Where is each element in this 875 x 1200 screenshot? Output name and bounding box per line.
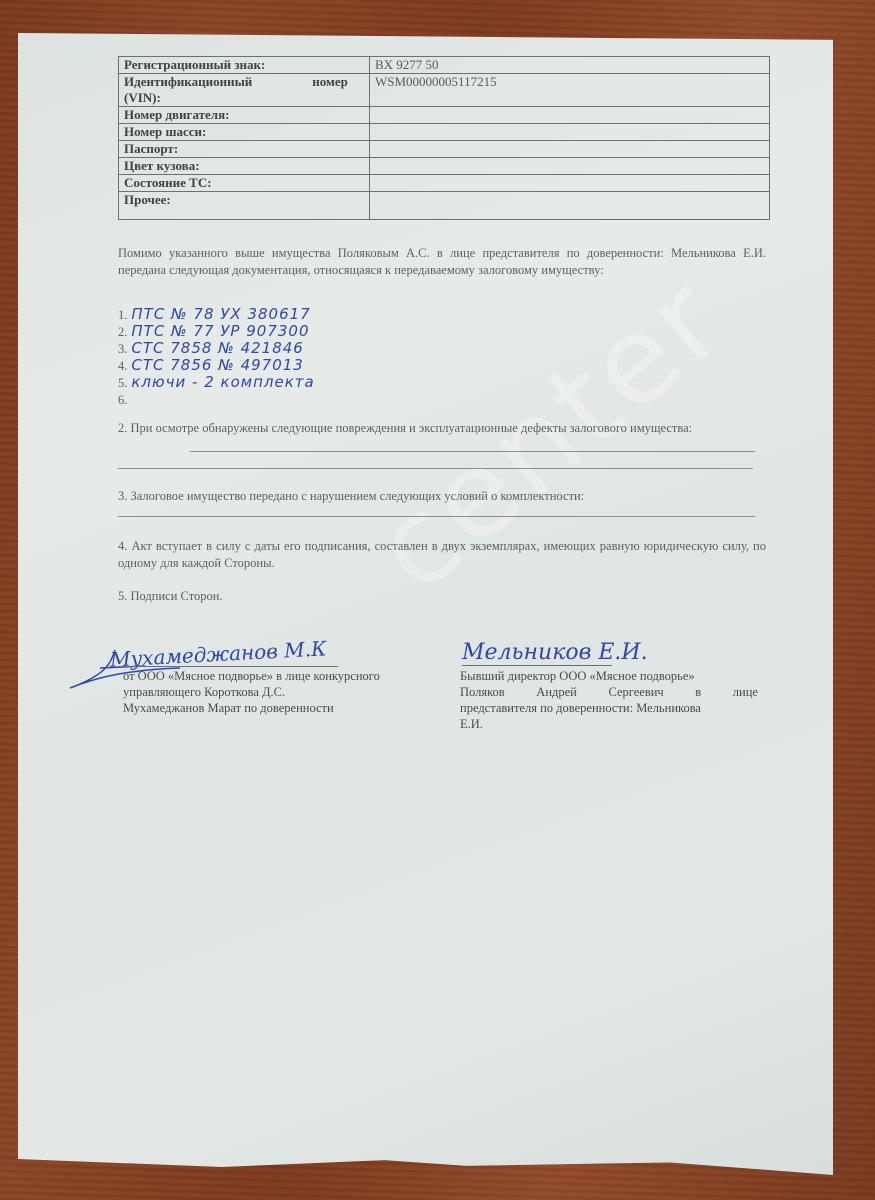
signature-line (118, 666, 338, 667)
signature-right-line3: представителя по доверенности: Мельников… (460, 700, 758, 716)
vin-label-part2: номер (312, 74, 348, 89)
chassis-number-label: Номер шасси: (119, 124, 370, 141)
list-item: 4.СТС 7856 № 497013 (118, 357, 315, 374)
vin-label-part3: (VIN): (124, 90, 161, 105)
handwritten-entry: СТС 7858 № 421846 (131, 339, 303, 357)
signature-line (462, 665, 612, 666)
table-row: Номер двигателя: (119, 107, 770, 124)
table-row: Паспорт: (119, 141, 770, 158)
handwritten-entry: ключи - 2 комплекта (131, 373, 314, 391)
vin-label: Идентификационныйномер (VIN): (119, 74, 370, 107)
signature-left-line2: управляющего Короткова Д.С. (123, 684, 380, 700)
intro-paragraph: Помимо указанного выше имущества Поляков… (118, 245, 766, 279)
list-item: 6. (118, 391, 315, 408)
reg-sign-label: Регистрационный знак: (119, 57, 370, 74)
other-label: Прочее: (119, 192, 370, 220)
list-number: 1. (118, 308, 127, 322)
engine-number-value (370, 107, 770, 124)
fill-line (190, 451, 755, 452)
fill-line (118, 468, 753, 469)
vehicle-condition-value (370, 175, 770, 192)
signature-right-caption: Бывший директор ООО «Мясное подворье» По… (460, 668, 758, 732)
table-row: Прочее: (119, 192, 770, 220)
signature-left-line1: от ООО «Мясное подворье» в лице конкурсн… (123, 668, 380, 684)
vehicle-info-table: Регистрационный знак: BX 9277 50 Идентиф… (118, 56, 770, 220)
other-value (370, 192, 770, 220)
vin-label-part1: Идентификационный (124, 74, 252, 89)
body-color-value (370, 158, 770, 175)
clause-2: 2. При осмотре обнаружены следующие повр… (118, 420, 766, 437)
signature-right-handwritten: Мельников Е.И. (462, 640, 648, 665)
list-number: 3. (118, 342, 127, 356)
list-item: 5.ключи - 2 комплекта (118, 374, 315, 391)
handwritten-entry: ПТС № 77 УР 907300 (131, 322, 309, 340)
list-item: 1.ПТС № 78 УХ 380617 (118, 306, 315, 323)
fill-line (118, 516, 755, 517)
table-row: Номер шасси: (119, 124, 770, 141)
chassis-number-value (370, 124, 770, 141)
passport-label: Паспорт: (119, 141, 370, 158)
signature-right-line1: Бывший директор ООО «Мясное подворье» (460, 668, 758, 684)
table-row: Идентификационныйномер (VIN): WSM0000000… (119, 74, 770, 107)
signature-right-line2: ПоляковАндрейСергеевичвлице (460, 684, 758, 700)
table-row: Цвет кузова: (119, 158, 770, 175)
clause-5: 5. Подписи Сторон. (118, 588, 766, 605)
table-row: Регистрационный знак: BX 9277 50 (119, 57, 770, 74)
list-number: 5. (118, 376, 127, 390)
signature-right-line4: Е.И. (460, 716, 758, 732)
passport-value (370, 141, 770, 158)
reg-sign-value: BX 9277 50 (370, 57, 770, 74)
signature-left-line3: Мухамеджанов Марат по доверенности (123, 700, 380, 716)
handwritten-entry: ПТС № 78 УХ 380617 (131, 305, 310, 323)
engine-number-label: Номер двигателя: (119, 107, 370, 124)
clause-4: 4. Акт вступает в силу с даты его подпис… (118, 538, 766, 572)
body-color-label: Цвет кузова: (119, 158, 370, 175)
list-number: 2. (118, 325, 127, 339)
table-row: Состояние ТС: (119, 175, 770, 192)
documents-list: 1.ПТС № 78 УХ 380617 2.ПТС № 77 УР 90730… (118, 306, 315, 408)
clause-3: 3. Залоговое имущество передано с наруше… (118, 488, 766, 505)
list-number: 6. (118, 393, 127, 407)
list-item: 2.ПТС № 77 УР 907300 (118, 323, 315, 340)
signature-left-caption: от ООО «Мясное подворье» в лице конкурсн… (123, 668, 380, 716)
vehicle-condition-label: Состояние ТС: (119, 175, 370, 192)
handwritten-entry: СТС 7856 № 497013 (131, 356, 303, 374)
list-item: 3.СТС 7858 № 421846 (118, 340, 315, 357)
list-number: 4. (118, 359, 127, 373)
vin-value: WSM00000005117215 (370, 74, 770, 107)
